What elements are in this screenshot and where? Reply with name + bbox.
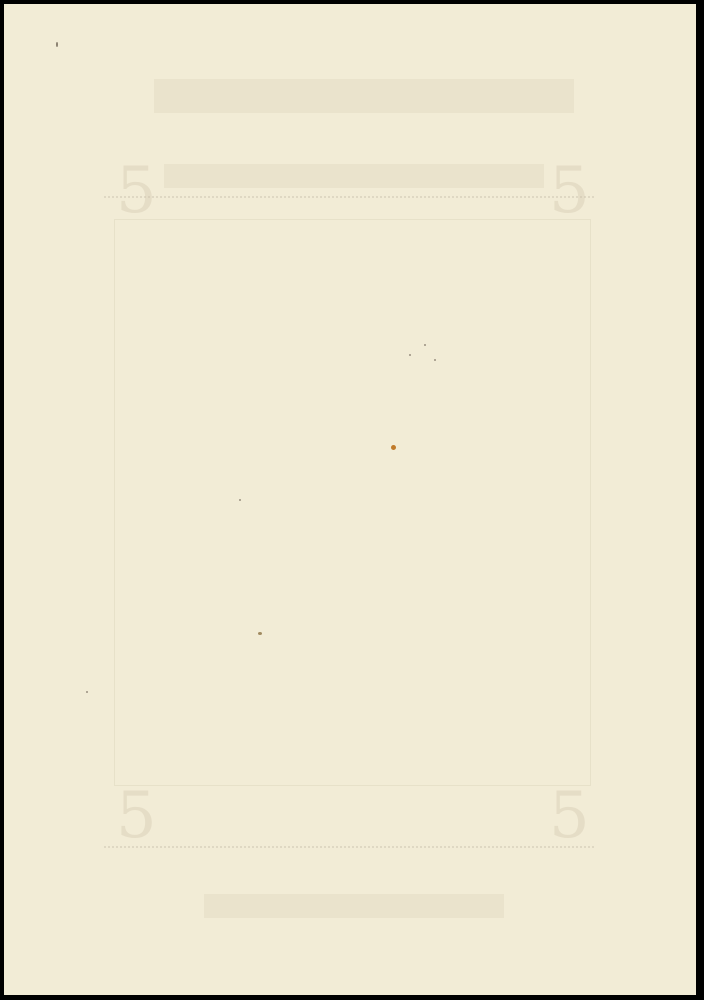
speck [424,344,426,346]
paper-sheet: 5 5 5 5 [4,4,696,995]
ghost-stamp-frame [114,219,591,786]
ghost-title-band [154,79,574,113]
rust-speck [391,445,396,450]
speck [434,359,436,361]
ghost-digit-top-left: 5 [116,154,157,228]
ghost-digit-bottom-left: 5 [116,779,157,853]
speck [239,499,241,501]
ghost-footer-band [204,894,504,918]
speck [56,42,58,47]
ghost-digit-top-right: 5 [549,154,590,228]
ghost-header-band [164,164,544,188]
speck [86,691,88,693]
perforation-top [104,196,594,198]
ghost-digit-bottom-right: 5 [549,779,590,853]
speck [258,632,262,635]
perforation-bottom [104,846,594,848]
speck [409,354,411,356]
